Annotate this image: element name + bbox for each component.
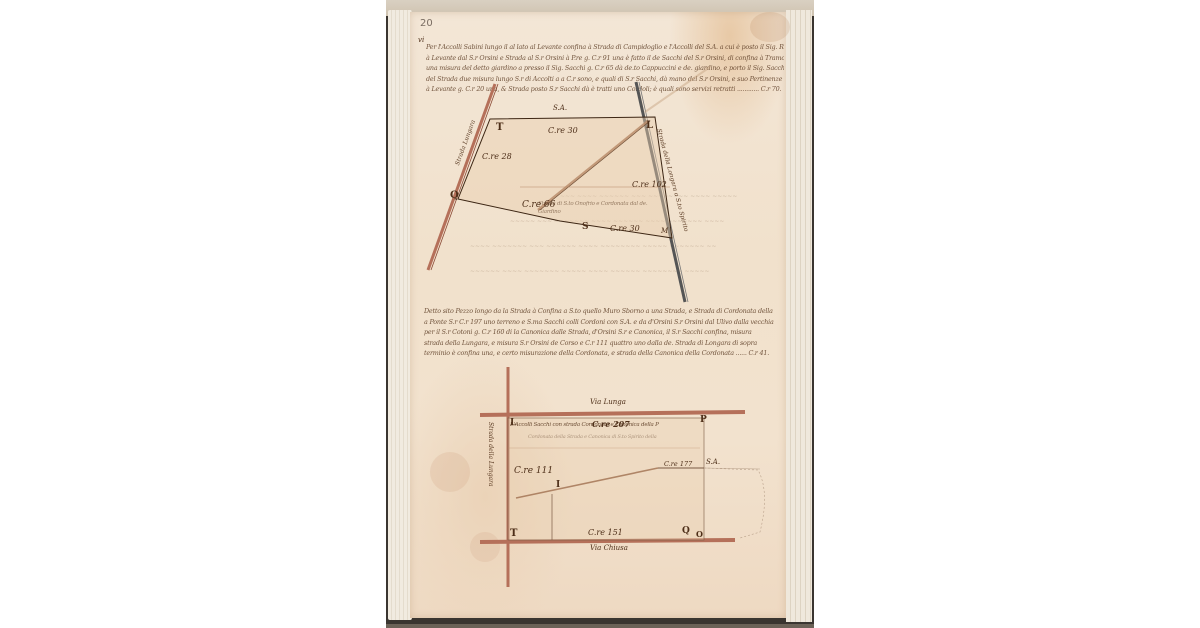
fig2-bottom-road-label: Via Chiusa xyxy=(590,544,628,552)
scan-bottom-edge xyxy=(386,624,814,628)
fig2-point-I: I xyxy=(556,480,560,490)
fig1-measure-bottom-right: C.re 30 xyxy=(610,224,640,233)
paragraph-2-line: Detto sito Pezzo longo da la Strada à Co… xyxy=(424,306,788,317)
manuscript-scan: 20 vi Per l'Accolli Sabini lungo il al l… xyxy=(386,0,814,628)
manuscript-leaf: 20 vi Per l'Accolli Sabini lungo il al l… xyxy=(410,12,786,618)
fig1-measure-right: C.re 102 xyxy=(632,180,667,189)
paragraph-2-line: strada della Lungara, e misura S.r Orsin… xyxy=(424,338,788,349)
paragraph-2-line: a Ponte S.r C.r 197 uno terreno e S.ma S… xyxy=(424,317,788,328)
page-edge-stack-left xyxy=(388,10,412,620)
fig2-point-P: P xyxy=(700,415,707,425)
paragraph-2-line: terminio è confina una, e certo misurazi… xyxy=(424,348,788,359)
fig1-point-T: T xyxy=(496,122,503,133)
fig1-point-L: L xyxy=(646,120,653,131)
fig2-measure-top: C.re 207 xyxy=(592,419,630,429)
fig1-point-Q: Q xyxy=(450,190,459,201)
fig1-measure-top: C.re 30 xyxy=(548,126,578,135)
fig2-measure-bottom: C.re 151 xyxy=(588,528,623,537)
fig2-measure-right-top: C.re 177 xyxy=(664,460,692,468)
fig1-point-M: M xyxy=(661,227,668,235)
fig2-point-T: T xyxy=(510,528,517,539)
fig1-measure-left: C.re 28 xyxy=(482,152,512,161)
fig1-top-note: S.A. xyxy=(553,104,567,112)
fig2-point-Q: Q xyxy=(682,526,690,536)
figure-1-plot xyxy=(458,117,672,238)
fig2-top-sub-note: Cordonata della Strada e Canonica di S.t… xyxy=(528,432,698,443)
fig2-point-O: O xyxy=(696,529,703,539)
paragraph-2-line: per il S.r Cotoni g. C.r 160 di la Canon… xyxy=(424,327,788,338)
fig2-top-road-label: Via Lunga xyxy=(590,398,626,406)
page-edge-stack-right xyxy=(786,10,812,622)
paragraph-2: Detto sito Pezzo longo da la Strada à Co… xyxy=(424,306,788,359)
fig1-inner-note: Strada di S.to Onofrio e Cordonata dal d… xyxy=(538,200,658,216)
fig2-measure-left: C.re 111 xyxy=(514,466,553,476)
fig1-point-S: S xyxy=(582,222,589,232)
fig2-point-L: L xyxy=(510,418,516,428)
fig2-right-note: S.A. xyxy=(706,458,720,466)
fig2-left-road-label: Strada della Lungara xyxy=(487,422,494,487)
